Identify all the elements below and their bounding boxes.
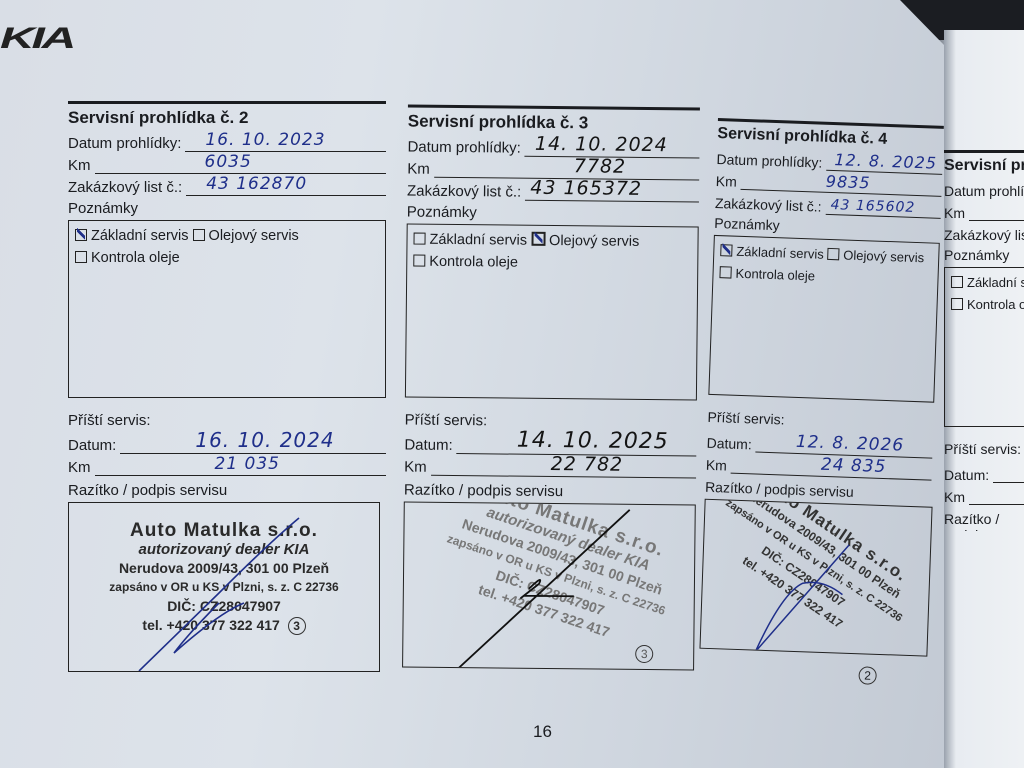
notes-box: Základní servis Olejový servis Kontrola … (708, 235, 939, 403)
order-field: Zakázkový list č.:43 162870 (68, 174, 386, 196)
page-number: 16 (533, 722, 552, 742)
order-value: 43 165602 (830, 197, 915, 216)
km-value: 7782 (574, 155, 627, 178)
next-km-field: Km21 035 (68, 454, 386, 476)
date-field: Datum prohlídky:14. 10. 2024 (407, 133, 699, 158)
checkbox-oil-check[interactable] (951, 298, 963, 310)
checkbox-basic-service[interactable] (951, 276, 963, 288)
checkbox-oil-service[interactable] (827, 248, 839, 260)
section-title: Servisní prohlídka č. 3 (408, 111, 700, 134)
kia-logo: KIA (0, 22, 73, 56)
stamp-label: Razítko / podpis servisu (68, 482, 386, 502)
date-value: 16. 10. 2023 (205, 130, 325, 150)
km-field: Km6035 (68, 152, 386, 174)
checkbox-oil-check[interactable] (719, 266, 731, 278)
next-date-value: 16. 10. 2024 (195, 428, 334, 452)
stamp-box: Auto Matulka s.r.o. autorizovaný dealer … (402, 501, 696, 670)
next-km-field: Km22 782 (404, 453, 696, 478)
order-field: Zakázkový list č.:43 165372 (407, 177, 699, 202)
notes-box: Základní servis Kontrola oleje (944, 267, 1024, 427)
signature (69, 503, 379, 671)
next-km-value: 22 782 (551, 453, 624, 476)
km-value: 9835 (826, 172, 871, 193)
service-section-3: Servisní prohlídka č. 3 Datum prohlídky:… (402, 104, 700, 670)
section-title: Servisní prohlídka č. 2 (68, 108, 386, 128)
next-km-value: 24 835 (821, 455, 887, 477)
notes-box: Základní servis Olejový servis Kontrola … (405, 223, 699, 400)
service-section-2: Servisní prohlídka č. 2 Datum prohlídky:… (68, 101, 386, 672)
signature (701, 500, 932, 656)
km-value: 6035 (205, 152, 252, 172)
stamp-box: Auto Matulka s.r.o. Nerudova 2009/43, 30… (699, 499, 932, 657)
checkbox-oil-service[interactable] (193, 229, 205, 241)
signature (403, 502, 695, 669)
notes-label: Poznámky (68, 200, 386, 220)
next-km-value: 21 035 (215, 454, 280, 474)
order-value: 43 165372 (530, 177, 642, 200)
date-value: 14. 10. 2024 (535, 133, 668, 156)
next-date-value: 14. 10. 2025 (517, 428, 669, 455)
checkbox-oil-service[interactable] (531, 232, 545, 246)
service-section-partial: Servisní prohlídka Datum prohlídky: Km Z… (944, 150, 1024, 531)
checkbox-basic-service[interactable] (720, 244, 732, 256)
checkbox-basic-service[interactable] (413, 233, 425, 245)
date-field: Datum prohlídky:16. 10. 2023 (68, 130, 386, 152)
next-date-value: 12. 8. 2026 (796, 432, 905, 456)
notes-box: Základní servis Olejový servis Kontrola … (68, 220, 386, 398)
service-section-4: Servisní prohlídka č. 4 Datum prohlídky:… (699, 118, 943, 657)
stamp-box: Auto Matulka s.r.o. autorizovaný dealer … (68, 502, 380, 672)
checkbox-oil-check[interactable] (413, 255, 425, 267)
checkbox-oil-check[interactable] (75, 251, 87, 263)
checkbox-basic-service[interactable] (75, 229, 87, 241)
next-date-field: Datum:16. 10. 2024 (68, 432, 386, 454)
order-value: 43 162870 (206, 174, 307, 194)
section-rule (68, 101, 386, 104)
date-value: 12. 8. 2025 (834, 150, 937, 173)
